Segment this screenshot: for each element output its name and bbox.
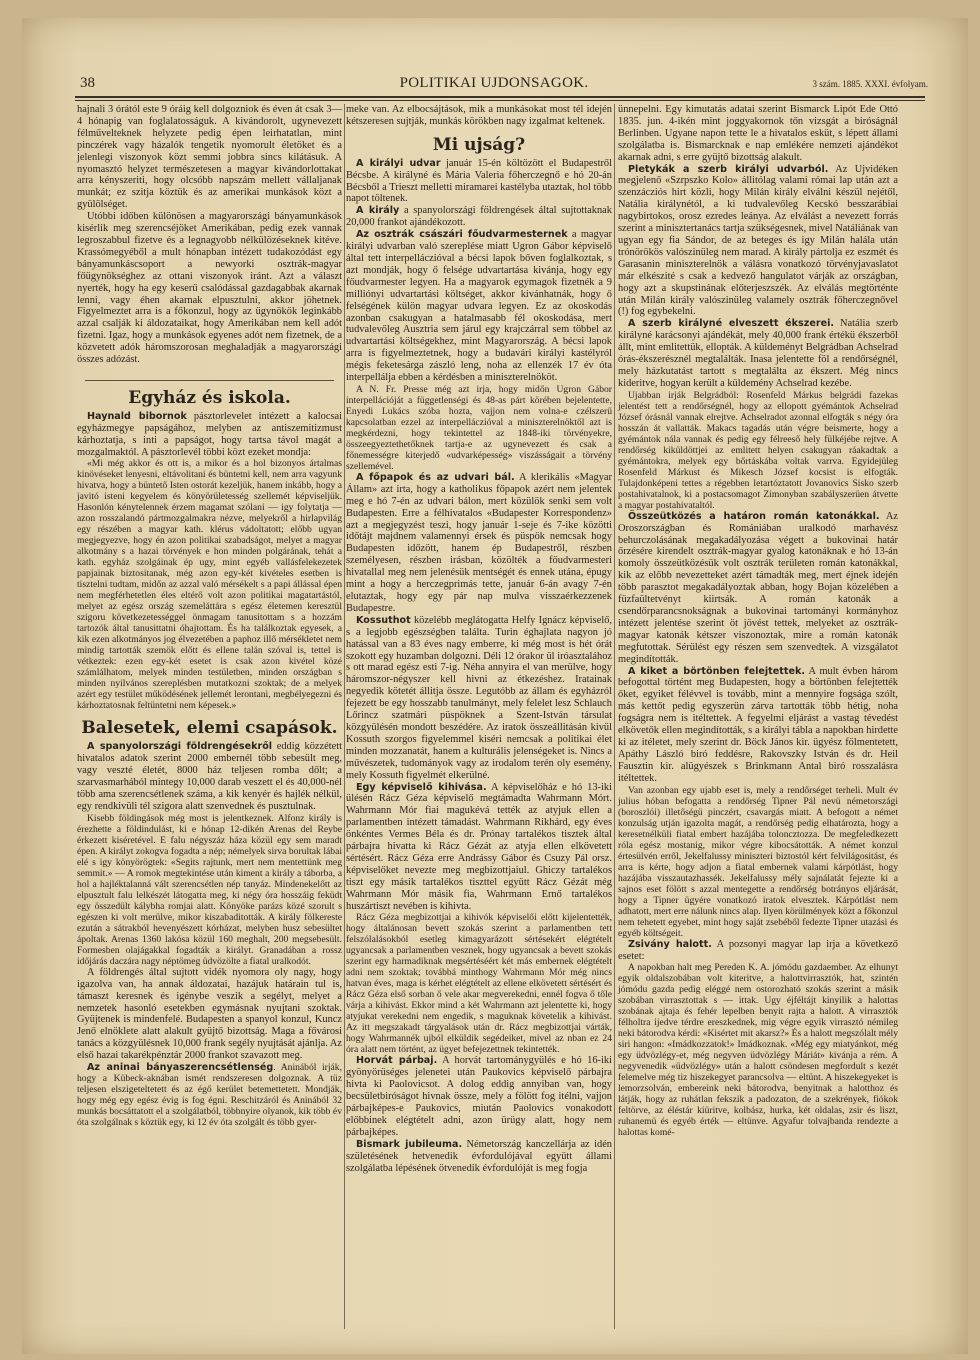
header-rule bbox=[75, 96, 925, 98]
news-item: Bismark jubileuma. Németország kanczellá… bbox=[346, 1139, 612, 1175]
news-item: Az osztrák császári főudvarmesternek a m… bbox=[346, 229, 612, 384]
news-lead: Bismark jubileuma. bbox=[356, 1139, 462, 1150]
news-lead: Egy képviselő kihivása. bbox=[356, 782, 487, 793]
news-item: Horvát párbaj. A horvát tartománygyülés … bbox=[346, 1055, 612, 1138]
section-heading-accidents: Balesetek, elemi csapások. bbox=[77, 723, 342, 735]
news-item: Zsivány halott. A pozsonyi magyar lap ir… bbox=[618, 939, 898, 963]
news-lead: Zsivány halott. bbox=[628, 939, 712, 950]
news-item: Ujabban irják Belgrádból: Rosenfeld Márk… bbox=[618, 390, 898, 511]
paragraph: Utóbbi időben különösen a magyarországi … bbox=[77, 211, 342, 366]
news-text: A horvát tartománygyülés e hó 16-iki gyö… bbox=[346, 1055, 612, 1137]
paragraph: A spanyolországi földrengésekről eddig k… bbox=[77, 741, 342, 812]
paragraph: Kisebb földingások még most is jelentkez… bbox=[77, 813, 342, 967]
paragraph: meke van. Az elbocsájtások, mik a munkás… bbox=[346, 104, 612, 128]
news-item: Pletykák a szerb királyi udvarból. Az Uj… bbox=[618, 164, 898, 319]
news-text: A N. Fr. Presse még azt irja, hogy midőn… bbox=[346, 384, 612, 472]
news-item: Kossuthot közelébb meglátogatta Helfy Ig… bbox=[346, 615, 612, 782]
news-item: A királyi udvar január 15-én költözött e… bbox=[346, 158, 612, 206]
news-text: közelébb meglátogatta Helfy Ignácz képvi… bbox=[346, 615, 612, 781]
news-lead: A kiket a börtönben felejtettek. bbox=[628, 666, 805, 677]
news-text: Ujabban irják Belgrádból: Rosenfeld Márk… bbox=[618, 390, 898, 511]
news-text: Van azonban egy ujabb eset is, mely a re… bbox=[618, 785, 898, 939]
section-divider bbox=[85, 380, 334, 381]
paragraph: A földrengés által sujtott vidék nyomora… bbox=[77, 967, 342, 1062]
newspaper-title: POLITIKAI UJDONSAGOK. bbox=[60, 75, 928, 92]
news-item: A szerb királyné elveszett ékszerei. Nat… bbox=[618, 318, 898, 389]
column-separator bbox=[614, 104, 615, 1329]
news-item: Van azonban egy ujabb eset is, mely a re… bbox=[618, 785, 898, 939]
news-lead: Kossuthot bbox=[356, 615, 411, 626]
news-text: A napokban halt meg Pereden K. A. jómódu… bbox=[618, 962, 898, 1138]
news-item: A N. Fr. Presse még azt irja, hogy midőn… bbox=[346, 384, 612, 472]
news-item: Összeütközés a határon román katonákkal.… bbox=[618, 511, 898, 666]
news-text: Az Ujvidéken megjelenő «Szrpszko Kolo» á… bbox=[618, 164, 898, 318]
news-item: A főpapok és az udvari bál. A klerikális… bbox=[346, 472, 612, 615]
news-item: A napokban halt meg Pereden K. A. jómódu… bbox=[618, 962, 898, 1138]
news-lead: A főpapok és az udvari bál. bbox=[356, 472, 515, 483]
column-3: ünnepelni. Egy kimutatás adatai szerint … bbox=[618, 104, 898, 1138]
news-item: Egy képviselő kihivása. A képviselőház e… bbox=[346, 782, 612, 913]
paragraph: Haynald bibornok pásztorlevelet intézett… bbox=[77, 411, 342, 459]
issue-info: 3 szám. 1885. XXXI. évfolyam. bbox=[813, 79, 928, 89]
news-lead: A király bbox=[356, 205, 399, 216]
news-lead: Összeütközés a határon román katonákkal. bbox=[628, 511, 880, 522]
news-text: a magyar királyi udvarban való szereplés… bbox=[346, 229, 612, 383]
section-heading-news: Mi ujság? bbox=[346, 140, 612, 152]
column-1: hajnali 3 órától este 9 óráig kell dolgo… bbox=[77, 104, 342, 1128]
paragraph: Az aninai bányaszerencsétlenség. Aninábó… bbox=[77, 1062, 342, 1128]
news-lead: Pletykák a szerb királyi udvarból. bbox=[628, 164, 828, 175]
news-item: A kiket a börtönben felejtettek. A mult … bbox=[618, 666, 898, 785]
news-items: A királyi udvar január 15-én költözött e… bbox=[346, 158, 612, 1175]
news-text: A képviselőház e hó 13-iki ülésén Rácz G… bbox=[346, 782, 612, 912]
news-text: Az Oroszországban és Romániában uralkodó… bbox=[618, 511, 898, 665]
news-items: Pletykák a szerb királyi udvarból. Az Uj… bbox=[618, 164, 898, 1139]
news-text: Rácz Géza megbizottjai a kihivók képvise… bbox=[346, 912, 612, 1055]
lead-text: A spanyolországi földrengésekről bbox=[87, 741, 272, 752]
news-text: A klerikális «Magyar Állam» azt irta, ho… bbox=[346, 472, 612, 614]
column-2: meke van. Az elbocsájtások, mik a munkás… bbox=[346, 104, 612, 1175]
column-separator bbox=[344, 104, 345, 1329]
news-lead: Az osztrák császári főudvarmesternek bbox=[356, 229, 568, 240]
news-lead: Horvát párbaj. bbox=[356, 1055, 437, 1066]
news-item: Rácz Géza megbizottjai a kihivók képvise… bbox=[346, 912, 612, 1055]
news-lead: A királyi udvar bbox=[356, 158, 441, 169]
paragraph: hajnali 3 órától este 9 óráig kell dolgo… bbox=[77, 104, 342, 211]
lead-text: Haynald bibornok bbox=[87, 411, 187, 422]
lead-text: Az aninai bányaszerencsétlenség bbox=[87, 1062, 273, 1073]
news-lead: A szerb királyné elveszett ékszerei. bbox=[628, 318, 834, 329]
quote-paragraph: «Mi még akkor és ott is, a mikor és a ho… bbox=[77, 458, 342, 711]
news-text: A mult évben három befogottal történt me… bbox=[618, 666, 898, 784]
news-item: A király a spanyolországi földrengések á… bbox=[346, 205, 612, 229]
header-rule-thin bbox=[75, 100, 925, 101]
paragraph: ünnepelni. Egy kimutatás adatai szerint … bbox=[618, 104, 898, 164]
section-heading-church: Egyház és iskola. bbox=[77, 393, 342, 405]
